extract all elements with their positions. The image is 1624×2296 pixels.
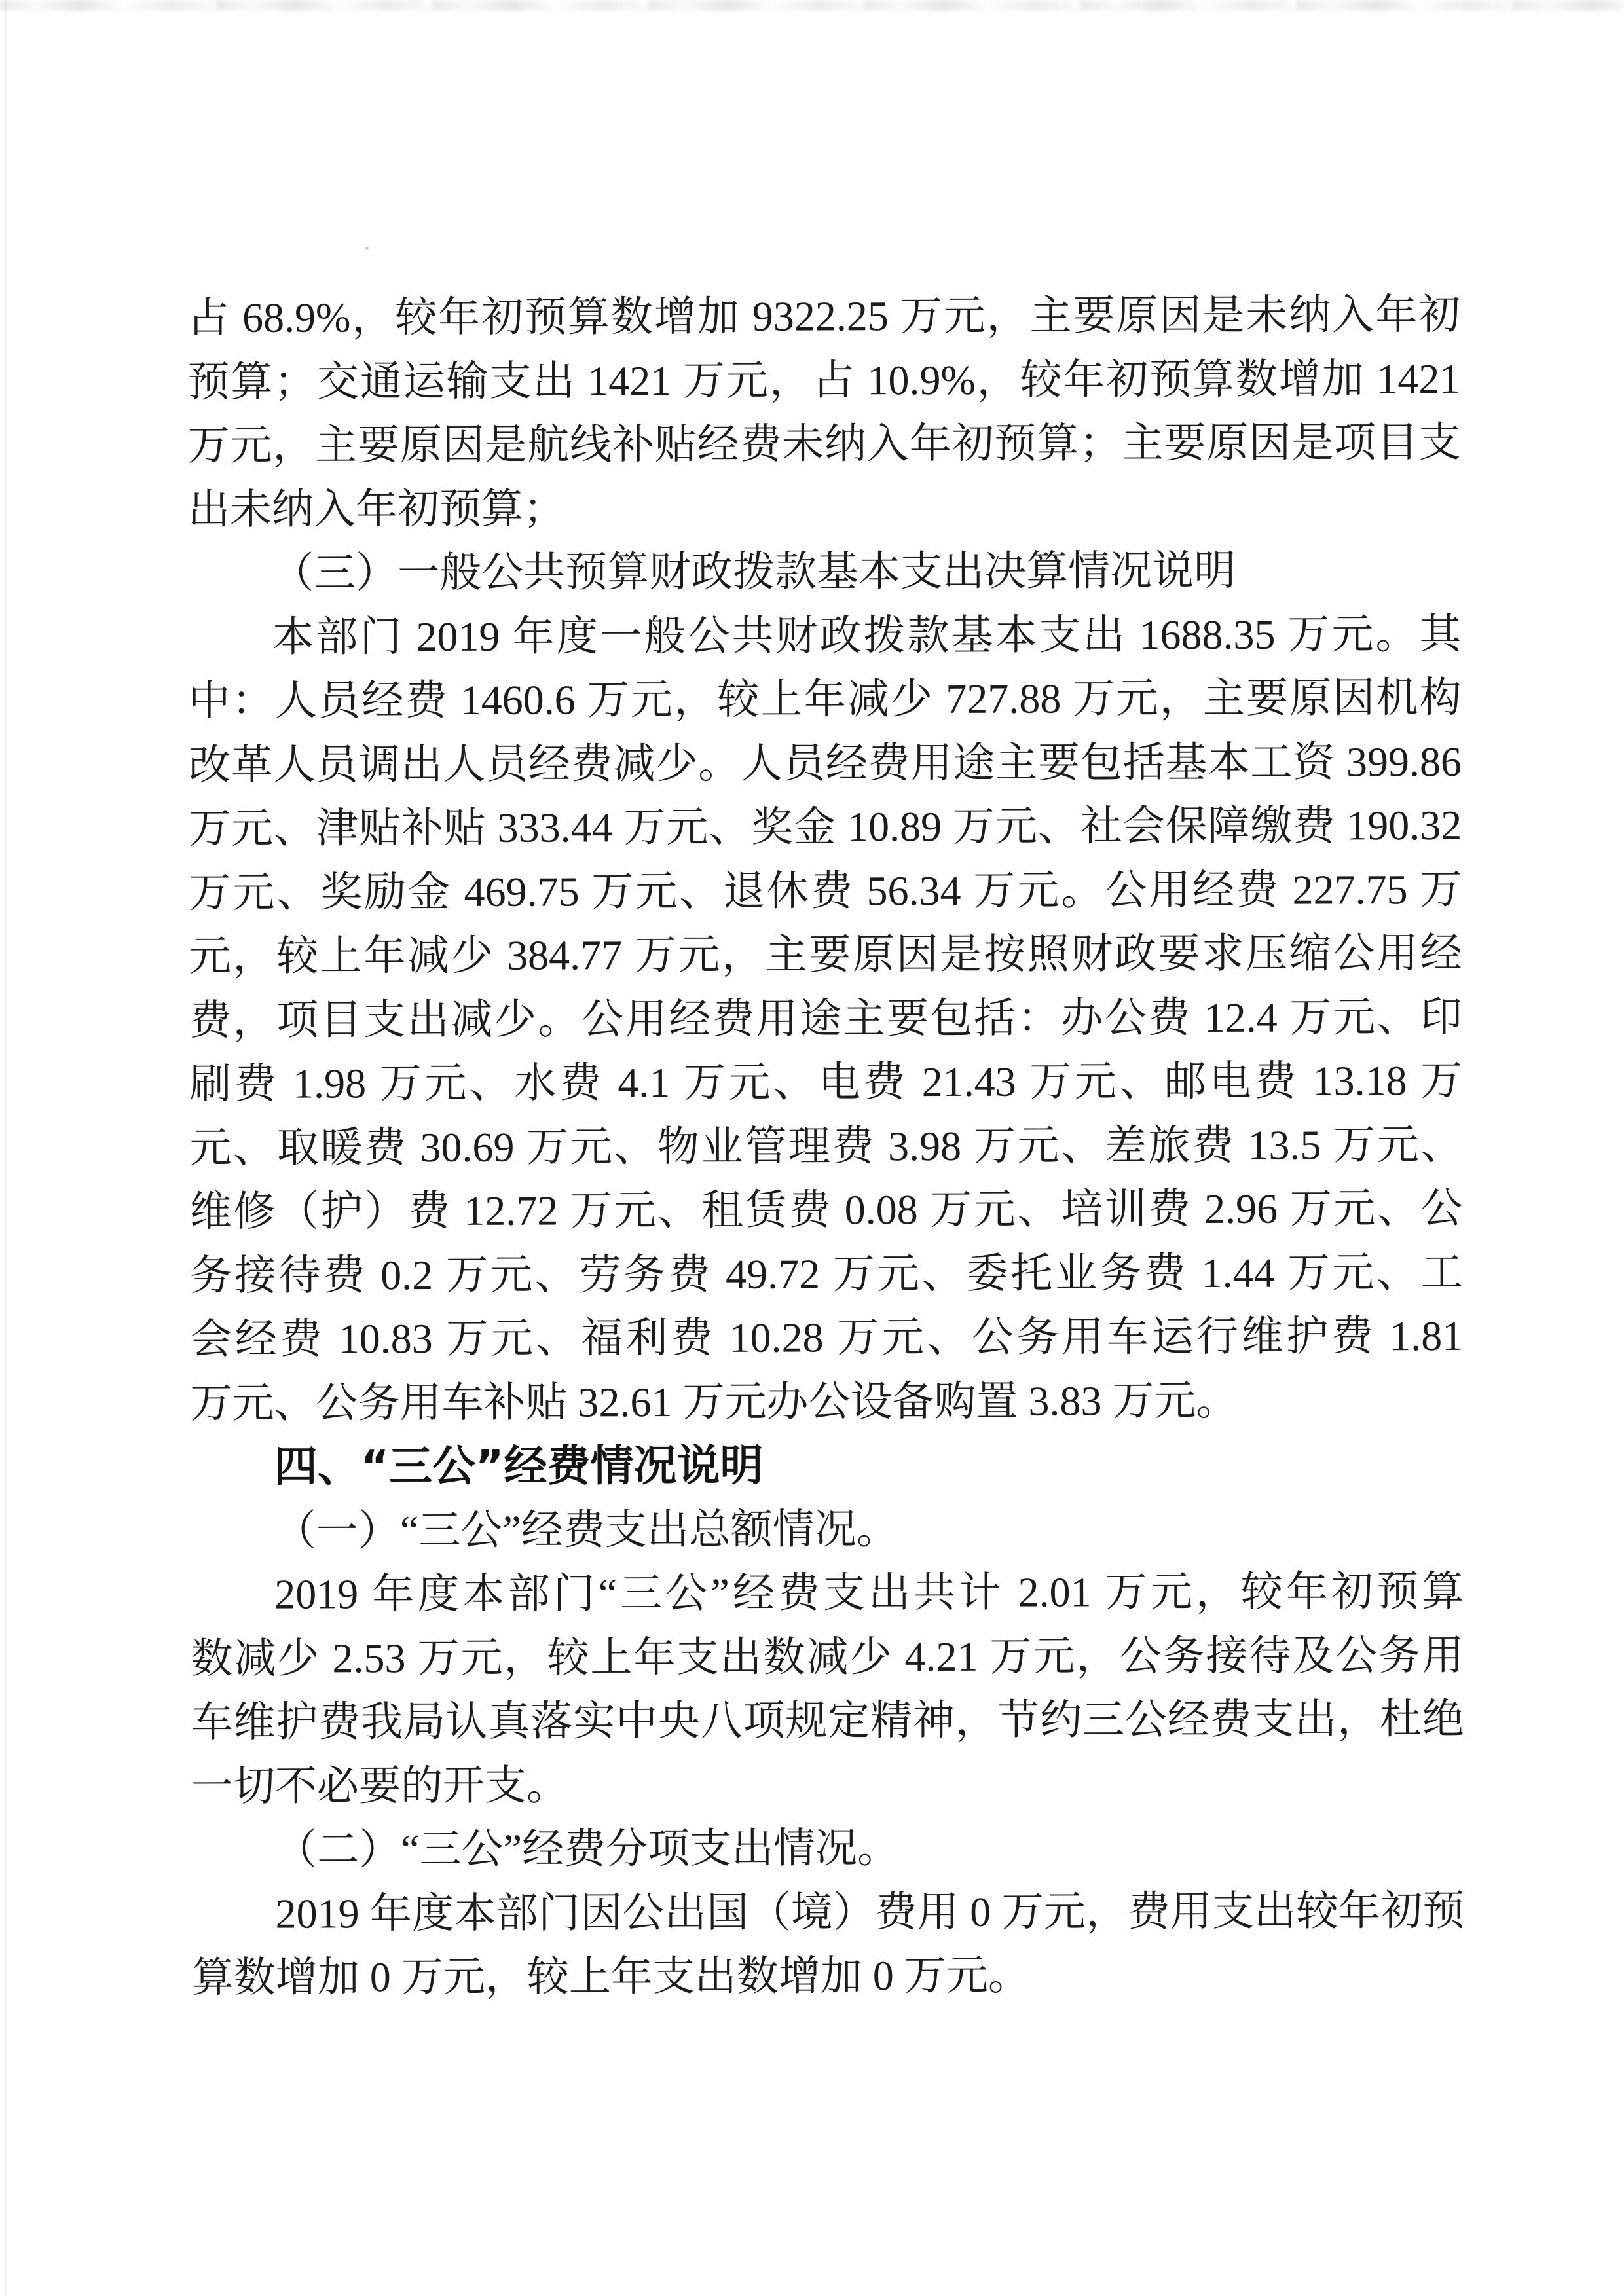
- text-line: 2019 年度本部门“三公”经费支出共计 2.01 万元，较年初预算: [191, 1559, 1464, 1627]
- text-line: 出未纳入年初预算；: [188, 474, 1461, 541]
- text-line: 元，较上年减少 384.77 万元，主要原因是按照财政要求压缩公用经: [189, 921, 1462, 989]
- text-line: 预算；交通运输支出 1421 万元，占 10.9%，较年初预算数增加 1421: [187, 346, 1460, 414]
- text-line: 务接待费 0.2 万元、劳务费 49.72 万元、委托业务费 1.44 万元、工: [190, 1240, 1463, 1307]
- text-line: 会经费 10.83 万元、福利费 10.28 万元、公务用车运行维护费 1.81: [190, 1304, 1463, 1372]
- scan-line-left-edge: [5, 0, 7, 2296]
- text-line: （二）“三公”经费分项支出情况。: [191, 1815, 1464, 1882]
- text-line: 改革人员调出人员经费减少。人员经费用途主要包括基本工资 399.86: [189, 729, 1462, 797]
- text-line: 中：人员经费 1460.6 万元，较上年减少 727.88 万元，主要原因机构: [189, 666, 1462, 733]
- document-page: 占 68.9%，较年初预算数增加 9322.25 万元，主要原因是未纳入年初预算…: [0, 0, 1624, 2296]
- document-text-block: 占 68.9%，较年初预算数增加 9322.25 万元，主要原因是未纳入年初预算…: [187, 283, 1465, 2010]
- text-line: 维修（护）费 12.72 万元、租赁费 0.08 万元、培训费 2.96 万元、…: [190, 1176, 1463, 1244]
- text-line: 万元，主要原因是航线补贴经费未纳入年初预算；主要原因是项目支: [188, 410, 1461, 478]
- scan-noise-top-edge: [0, 0, 1624, 10]
- text-line: 费，项目支出减少。公用经费用途主要包括：办公费 12.4 万元、印: [189, 985, 1462, 1052]
- text-line: 元、取暖费 30.69 万元、物业管理费 3.98 万元、差旅费 13.5 万元…: [189, 1112, 1462, 1180]
- text-line: 算数增加 0 万元，较上年支出数增加 0 万元。: [192, 1942, 1465, 2010]
- text-line: 本部门 2019 年度一般公共财政拨款基本支出 1688.35 万元。其: [188, 602, 1461, 669]
- text-line: 万元、奖励金 469.75 万元、退休费 56.34 万元。公用经费 227.7…: [189, 857, 1462, 924]
- text-line: （三）一般公共预算财政拨款基本支出决算情况说明: [188, 538, 1461, 606]
- text-line: 数减少 2.53 万元，较上年支出数减少 4.21 万元，公务接待及公务用: [191, 1623, 1464, 1690]
- text-line: （一）“三公”经费支出总额情况。: [191, 1495, 1464, 1563]
- text-line: 万元、津贴补贴 333.44 万元、奖金 10.89 万元、社会保障缴费 190…: [189, 793, 1462, 861]
- text-line: 万元、公务用车补贴 32.61 万元办公设备购置 3.83 万元。: [190, 1368, 1463, 1435]
- text-line: 车维护费我局认真落实中央八项规定精神，节约三公经费支出，杜绝: [191, 1687, 1464, 1755]
- text-line: 刷费 1.98 万元、水费 4.1 万元、电费 21.43 万元、邮电费 13.…: [189, 1049, 1462, 1116]
- section-heading: 四、“三公”经费情况说明: [191, 1432, 1464, 1499]
- text-line: 2019 年度本部门因公出国（境）费用 0 万元，费用支出较年初预: [191, 1878, 1464, 1946]
- text-line: 占 68.9%，较年初预算数增加 9322.25 万元，主要原因是未纳入年初: [187, 283, 1460, 350]
- text-line: 一切不必要的开支。: [191, 1751, 1464, 1818]
- scan-speck: [365, 247, 369, 250]
